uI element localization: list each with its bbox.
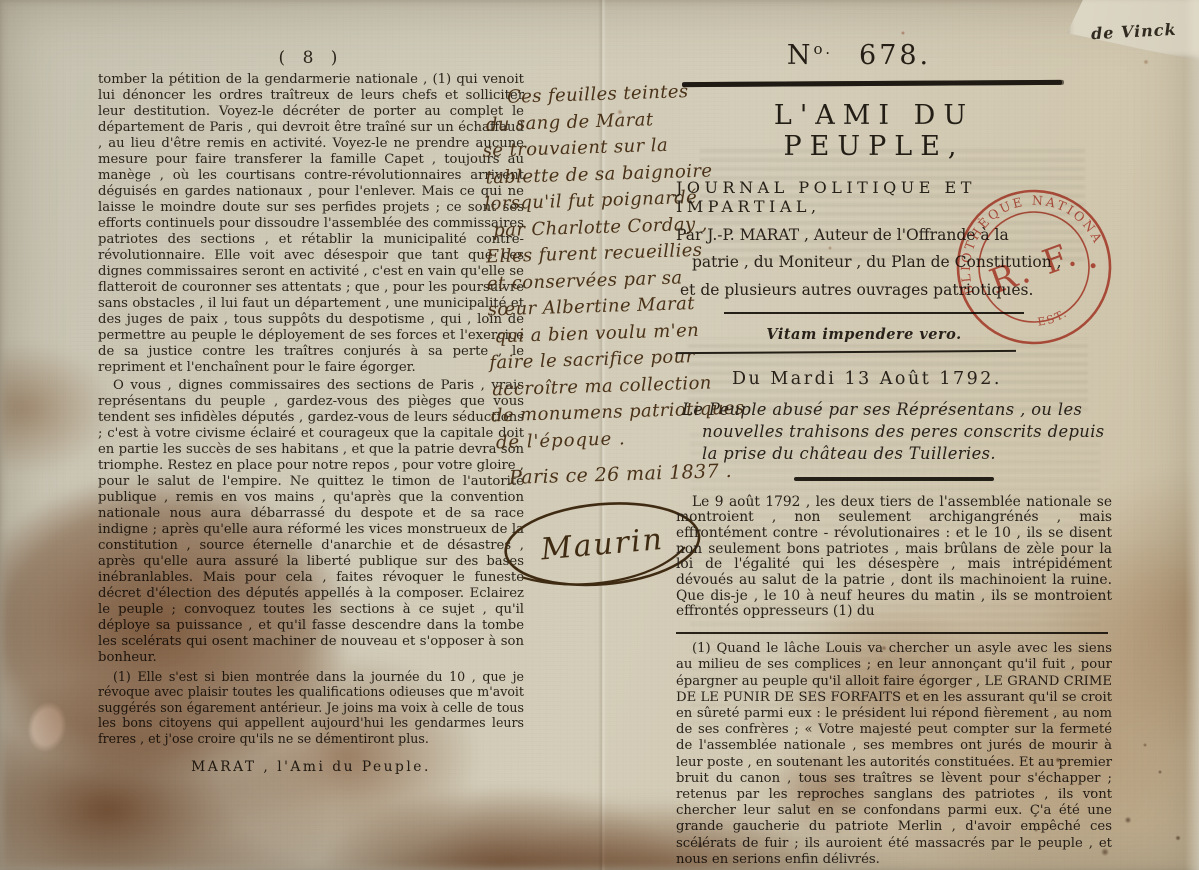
stamp-center-text: R. F. (985, 234, 1085, 303)
signature-name: Maurin (539, 522, 666, 568)
separator-rule (676, 350, 1016, 354)
article-footnote: (1) Quand le lâche Louis va chercher un … (676, 641, 1112, 868)
masthead-heavy-rule (682, 80, 1062, 87)
article-body: Le 9 août 1792 , les deux tiers de l'ass… (676, 495, 1112, 621)
issue-number: No.678. (676, 40, 1042, 71)
right-text-column: No.678. L'AMI DU PEUPLE, JOURNAL POLITIQ… (676, 40, 1112, 868)
footnote-rule (676, 632, 1108, 634)
issue-value: 678. (859, 40, 931, 71)
footnote: (1) Elle s'est si bien montrée dans la j… (98, 669, 524, 746)
paragraph: O vous , dignes commissaires des section… (98, 378, 524, 666)
paragraph: tomber la pétition de la gendarmerie nat… (98, 72, 524, 376)
issue-date: Du Mardi 13 Août 1792. (732, 369, 1112, 389)
paper-defect-spot (23, 699, 71, 756)
stamp-dot (1090, 262, 1096, 268)
paper-edge-highlight (1185, 0, 1199, 870)
newspaper-title: L'AMI DU PEUPLE, (676, 100, 1072, 162)
headline-rule (794, 477, 994, 481)
issue-prefix: N (787, 40, 814, 71)
stamp-bottom-text: EST. (1034, 305, 1071, 331)
svg-text:EST.: EST. (1034, 305, 1071, 331)
page-number: ( 8 ) (98, 48, 524, 68)
author-signature-line: MARAT , l'Ami du Peuple. (98, 759, 524, 775)
newspaper-page: de Vinck ( 8 ) tomber la pétition de la … (0, 0, 1199, 870)
article-headline: Le Peuple abusé par ses Réprésentans , o… (676, 399, 1112, 465)
issue-superscript: o. (813, 40, 833, 58)
left-text-column: tomber la pétition de la gendarmerie nat… (98, 72, 524, 775)
